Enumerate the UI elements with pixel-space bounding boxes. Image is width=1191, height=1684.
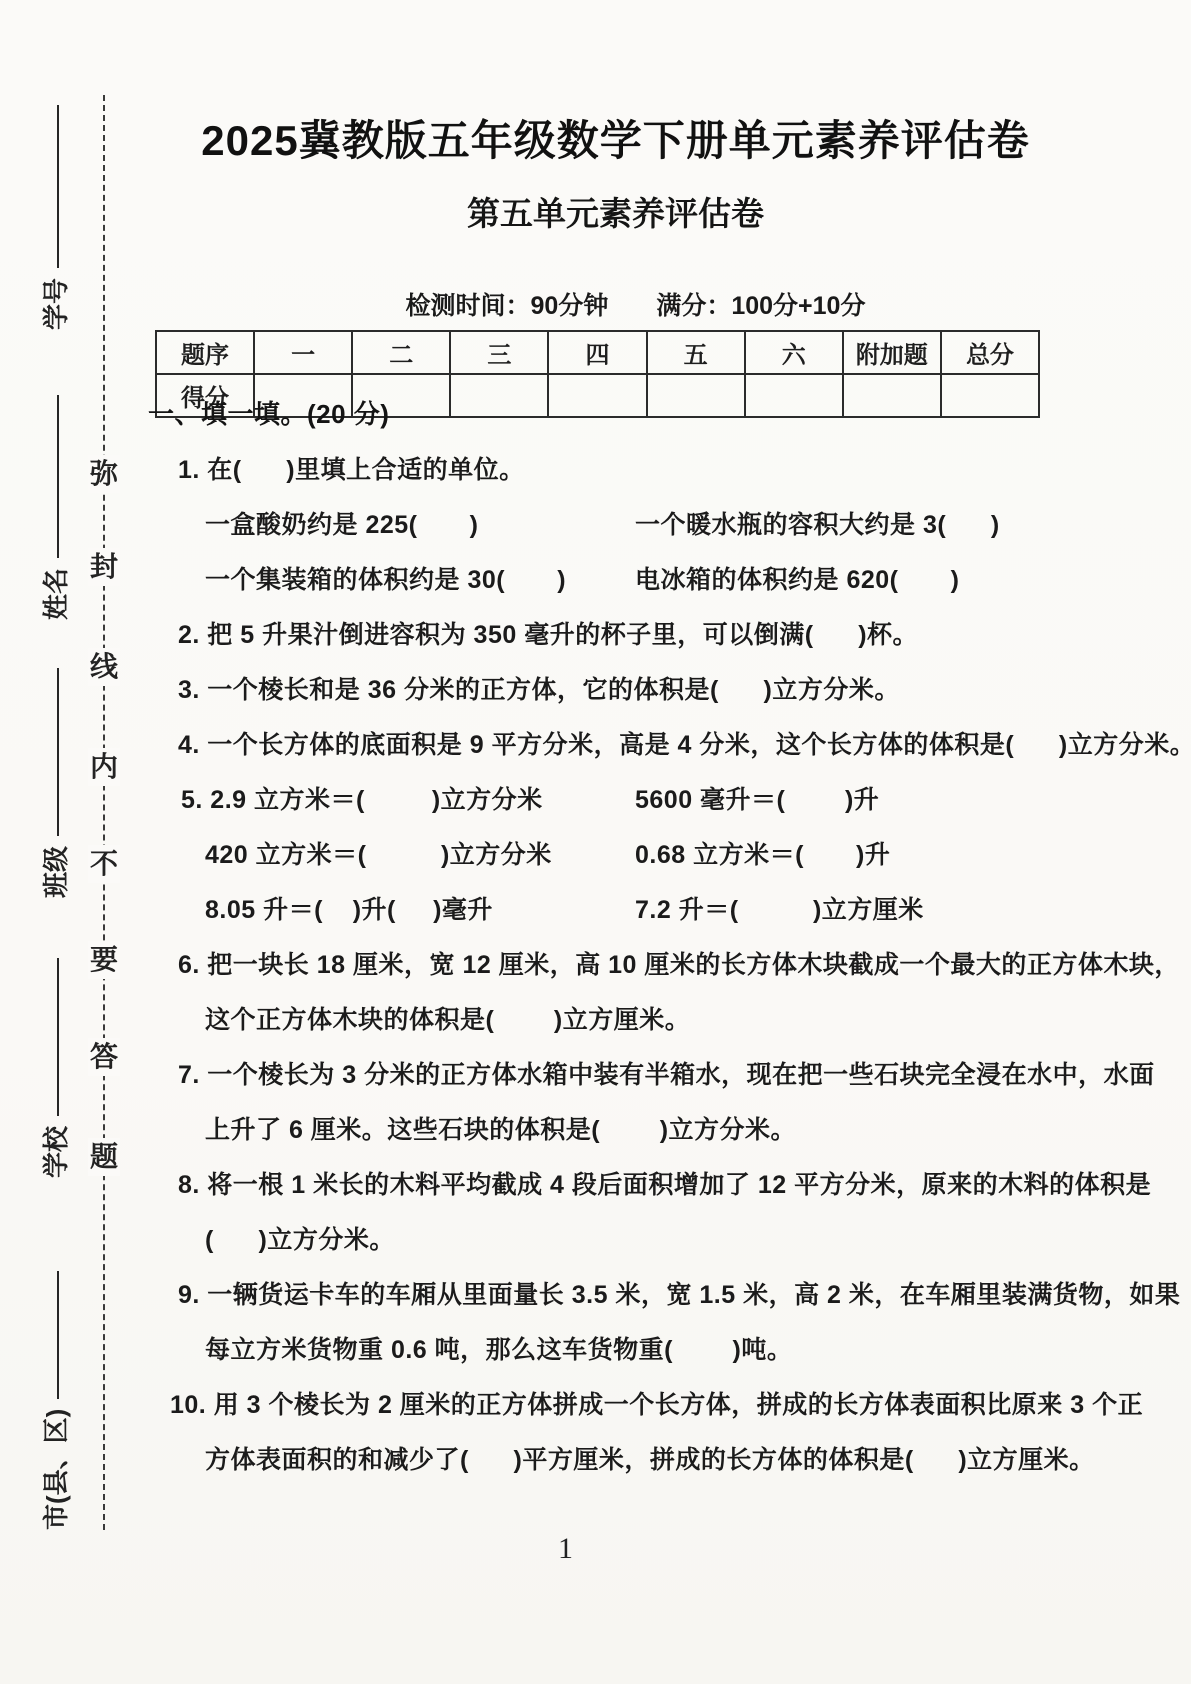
question-3: 3. 一个棱长和是 36 分米的正方体，它的体积是( )立方分米。 xyxy=(148,660,1183,715)
score-header-cell: 附加题 xyxy=(843,331,941,374)
question-5-item-c: 420 立方米＝( )立方分米 xyxy=(205,835,635,871)
question-5-row-1: 5. 2.9 立方米＝( )立方分米 5600 毫升＝( )升 xyxy=(148,770,1183,825)
question-8-text-1: 8. 将一根 1 米长的木料平均截成 4 段后面积增加了 12 平方分米，原来的… xyxy=(178,1165,1151,1201)
question-1-text: 1. 在( )里填上合适的单位。 xyxy=(178,450,525,486)
question-3-text: 3. 一个棱长和是 36 分米的正方体，它的体积是( )立方分米。 xyxy=(178,670,900,706)
write-in-line xyxy=(57,395,60,558)
question-1-item-b: 一个暖水瓶的容积大约是 3( ) xyxy=(635,505,1000,541)
seal-char: 不 xyxy=(88,845,120,883)
question-8-line-1: 8. 将一根 1 米长的木料平均截成 4 段后面积增加了 12 平方分米，原来的… xyxy=(148,1155,1183,1210)
question-9-line-1: 9. 一辆货运卡车的车厢从里面量长 3.5 米，宽 1.5 米，高 2 米，在车… xyxy=(148,1265,1183,1320)
exam-full-score: 满分：100分+10分 xyxy=(656,286,865,322)
question-7-line-2: 上升了 6 厘米。这些石块的体积是( )立方分米。 xyxy=(148,1100,1183,1155)
margin-label-text: 学号 xyxy=(41,278,71,330)
question-9-line-2: 每立方米货物重 0.6 吨，那么这车货物重( )吨。 xyxy=(148,1320,1183,1375)
margin-label-name: 姓名 xyxy=(40,395,72,620)
question-2-text: 2. 把 5 升果汁倒进容积为 350 毫升的杯子里，可以倒满( )杯。 xyxy=(178,615,918,651)
exam-paper-page: 弥 封 线 内 不 要 答 题 学号 姓名 班级 学校 市(县、区) 2025冀… xyxy=(0,0,1191,1684)
margin-label-school: 学校 xyxy=(40,958,72,1178)
question-10-line-1: 10. 用 3 个棱长为 2 厘米的正方体拼成一个长方体，拼成的长方体表面积比原… xyxy=(148,1375,1183,1430)
question-4-text: 4. 一个长方体的底面积是 9 平方分米，高是 4 分米，这个长方体的体积是( … xyxy=(178,725,1191,761)
question-7-line-1: 7. 一个棱长为 3 分米的正方体水箱中装有半箱水，现在把一些石块完全浸在水中，… xyxy=(148,1045,1183,1100)
page-title: 2025冀教版五年级数学下册单元素养评估卷 xyxy=(60,108,1171,168)
question-7-text-2: 上升了 6 厘米。这些石块的体积是( )立方分米。 xyxy=(205,1110,796,1146)
seal-char: 封 xyxy=(88,548,120,586)
questions-section: 一、填一填。(20 分) 1. 在( )里填上合适的单位。 一盒酸奶约是 225… xyxy=(148,385,1183,1485)
margin-label-text: 姓名 xyxy=(41,568,71,620)
score-header-cell: 四 xyxy=(548,331,646,374)
margin-label-text: 市(县、区) xyxy=(41,1409,71,1530)
question-5-row-2: 420 立方米＝( )立方分米 0.68 立方米＝( )升 xyxy=(148,825,1183,880)
question-4: 4. 一个长方体的底面积是 9 平方分米，高是 4 分米，这个长方体的体积是( … xyxy=(148,715,1183,770)
question-1-row-1: 一盒酸奶约是 225( ) 一个暖水瓶的容积大约是 3( ) xyxy=(148,495,1183,550)
exam-time: 检测时间：90分钟 xyxy=(406,286,609,322)
question-10-line-2: 方体表面积的和减少了( )平方厘米，拼成的长方体的体积是( )立方厘米。 xyxy=(148,1430,1183,1485)
question-1-row-2: 一个集装箱的体积约是 30( ) 电冰箱的体积约是 620( ) xyxy=(148,550,1183,605)
seal-char: 题 xyxy=(88,1138,120,1176)
question-8-line-2: ( )立方分米。 xyxy=(148,1210,1183,1265)
margin-label-class: 班级 xyxy=(40,668,72,898)
question-1-item-c: 一个集装箱的体积约是 30( ) xyxy=(205,560,635,596)
question-5-row-3: 8.05 升＝( )升( )毫升 7.2 升＝( )立方厘米 xyxy=(148,880,1183,935)
question-6-line-1: 6. 把一块长 18 厘米，宽 12 厘米，高 10 厘米的长方体木块截成一个最… xyxy=(148,935,1183,990)
margin-label-text: 学校 xyxy=(41,1126,71,1178)
page-number: 1 xyxy=(0,1532,1131,1566)
write-in-line xyxy=(57,668,60,836)
question-10-text-1: 10. 用 3 个棱长为 2 厘米的正方体拼成一个长方体，拼成的长方体表面积比原… xyxy=(170,1385,1143,1421)
write-in-line xyxy=(57,1271,60,1399)
question-6-text-2: 这个正方体木块的体积是( )立方厘米。 xyxy=(205,1000,690,1036)
write-in-line xyxy=(57,105,60,268)
question-8-text-2: ( )立方分米。 xyxy=(205,1220,395,1256)
write-in-line xyxy=(57,958,60,1116)
question-7-text-1: 7. 一个棱长为 3 分米的正方体水箱中装有半箱水，现在把一些石块完全浸在水中，… xyxy=(178,1055,1155,1091)
score-header-cell: 总分 xyxy=(941,331,1039,374)
section-heading: 一、填一填。(20 分) xyxy=(148,385,1183,440)
question-5-item-e: 8.05 升＝( )升( )毫升 xyxy=(205,890,635,926)
seal-char: 要 xyxy=(88,941,120,979)
page-subtitle: 第五单元素养评估卷 xyxy=(60,188,1171,235)
score-header-cell: 二 xyxy=(352,331,450,374)
score-header-cell: 一 xyxy=(254,331,352,374)
question-5-item-f: 7.2 升＝( )立方厘米 xyxy=(635,890,924,926)
question-1-item-d: 电冰箱的体积约是 620( ) xyxy=(635,560,959,596)
margin-label-city-district: 市(县、区) xyxy=(40,1271,72,1530)
question-9-text-1: 9. 一辆货运卡车的车厢从里面量长 3.5 米，宽 1.5 米，高 2 米，在车… xyxy=(178,1275,1180,1311)
score-table-header-row: 题序 一 二 三 四 五 六 附加题 总分 xyxy=(156,331,1039,374)
question-6-line-2: 这个正方体木块的体积是( )立方厘米。 xyxy=(148,990,1183,1045)
score-header-cell: 六 xyxy=(745,331,843,374)
question-9-text-2: 每立方米货物重 0.6 吨，那么这车货物重( )吨。 xyxy=(205,1330,792,1366)
seal-char: 答 xyxy=(88,1038,120,1076)
exam-meta: 检测时间：90分钟 满分：100分+10分 xyxy=(100,286,1171,322)
score-header-cell: 题序 xyxy=(156,331,254,374)
question-1-item-a: 一盒酸奶约是 225( ) xyxy=(205,505,635,541)
score-header-cell: 三 xyxy=(450,331,548,374)
seal-char: 弥 xyxy=(88,455,120,493)
question-10-text-2: 方体表面积的和减少了( )平方厘米，拼成的长方体的体积是( )立方厘米。 xyxy=(205,1440,1095,1476)
margin-label-text: 班级 xyxy=(41,846,71,898)
question-2: 2. 把 5 升果汁倒进容积为 350 毫升的杯子里，可以倒满( )杯。 xyxy=(148,605,1183,660)
question-6-text-1: 6. 把一块长 18 厘米，宽 12 厘米，高 10 厘米的长方体木块截成一个最… xyxy=(178,945,1180,981)
question-1: 1. 在( )里填上合适的单位。 xyxy=(148,440,1183,495)
question-5-item-b: 5600 毫升＝( )升 xyxy=(635,780,879,816)
score-header-cell: 五 xyxy=(647,331,745,374)
question-5-item-a: 5. 2.9 立方米＝( )立方分米 xyxy=(181,780,635,816)
seal-char: 内 xyxy=(88,748,120,786)
question-5-item-d: 0.68 立方米＝( )升 xyxy=(635,835,890,871)
seal-char: 线 xyxy=(88,648,120,686)
section-heading-text: 一、填一填。(20 分) xyxy=(148,394,389,431)
